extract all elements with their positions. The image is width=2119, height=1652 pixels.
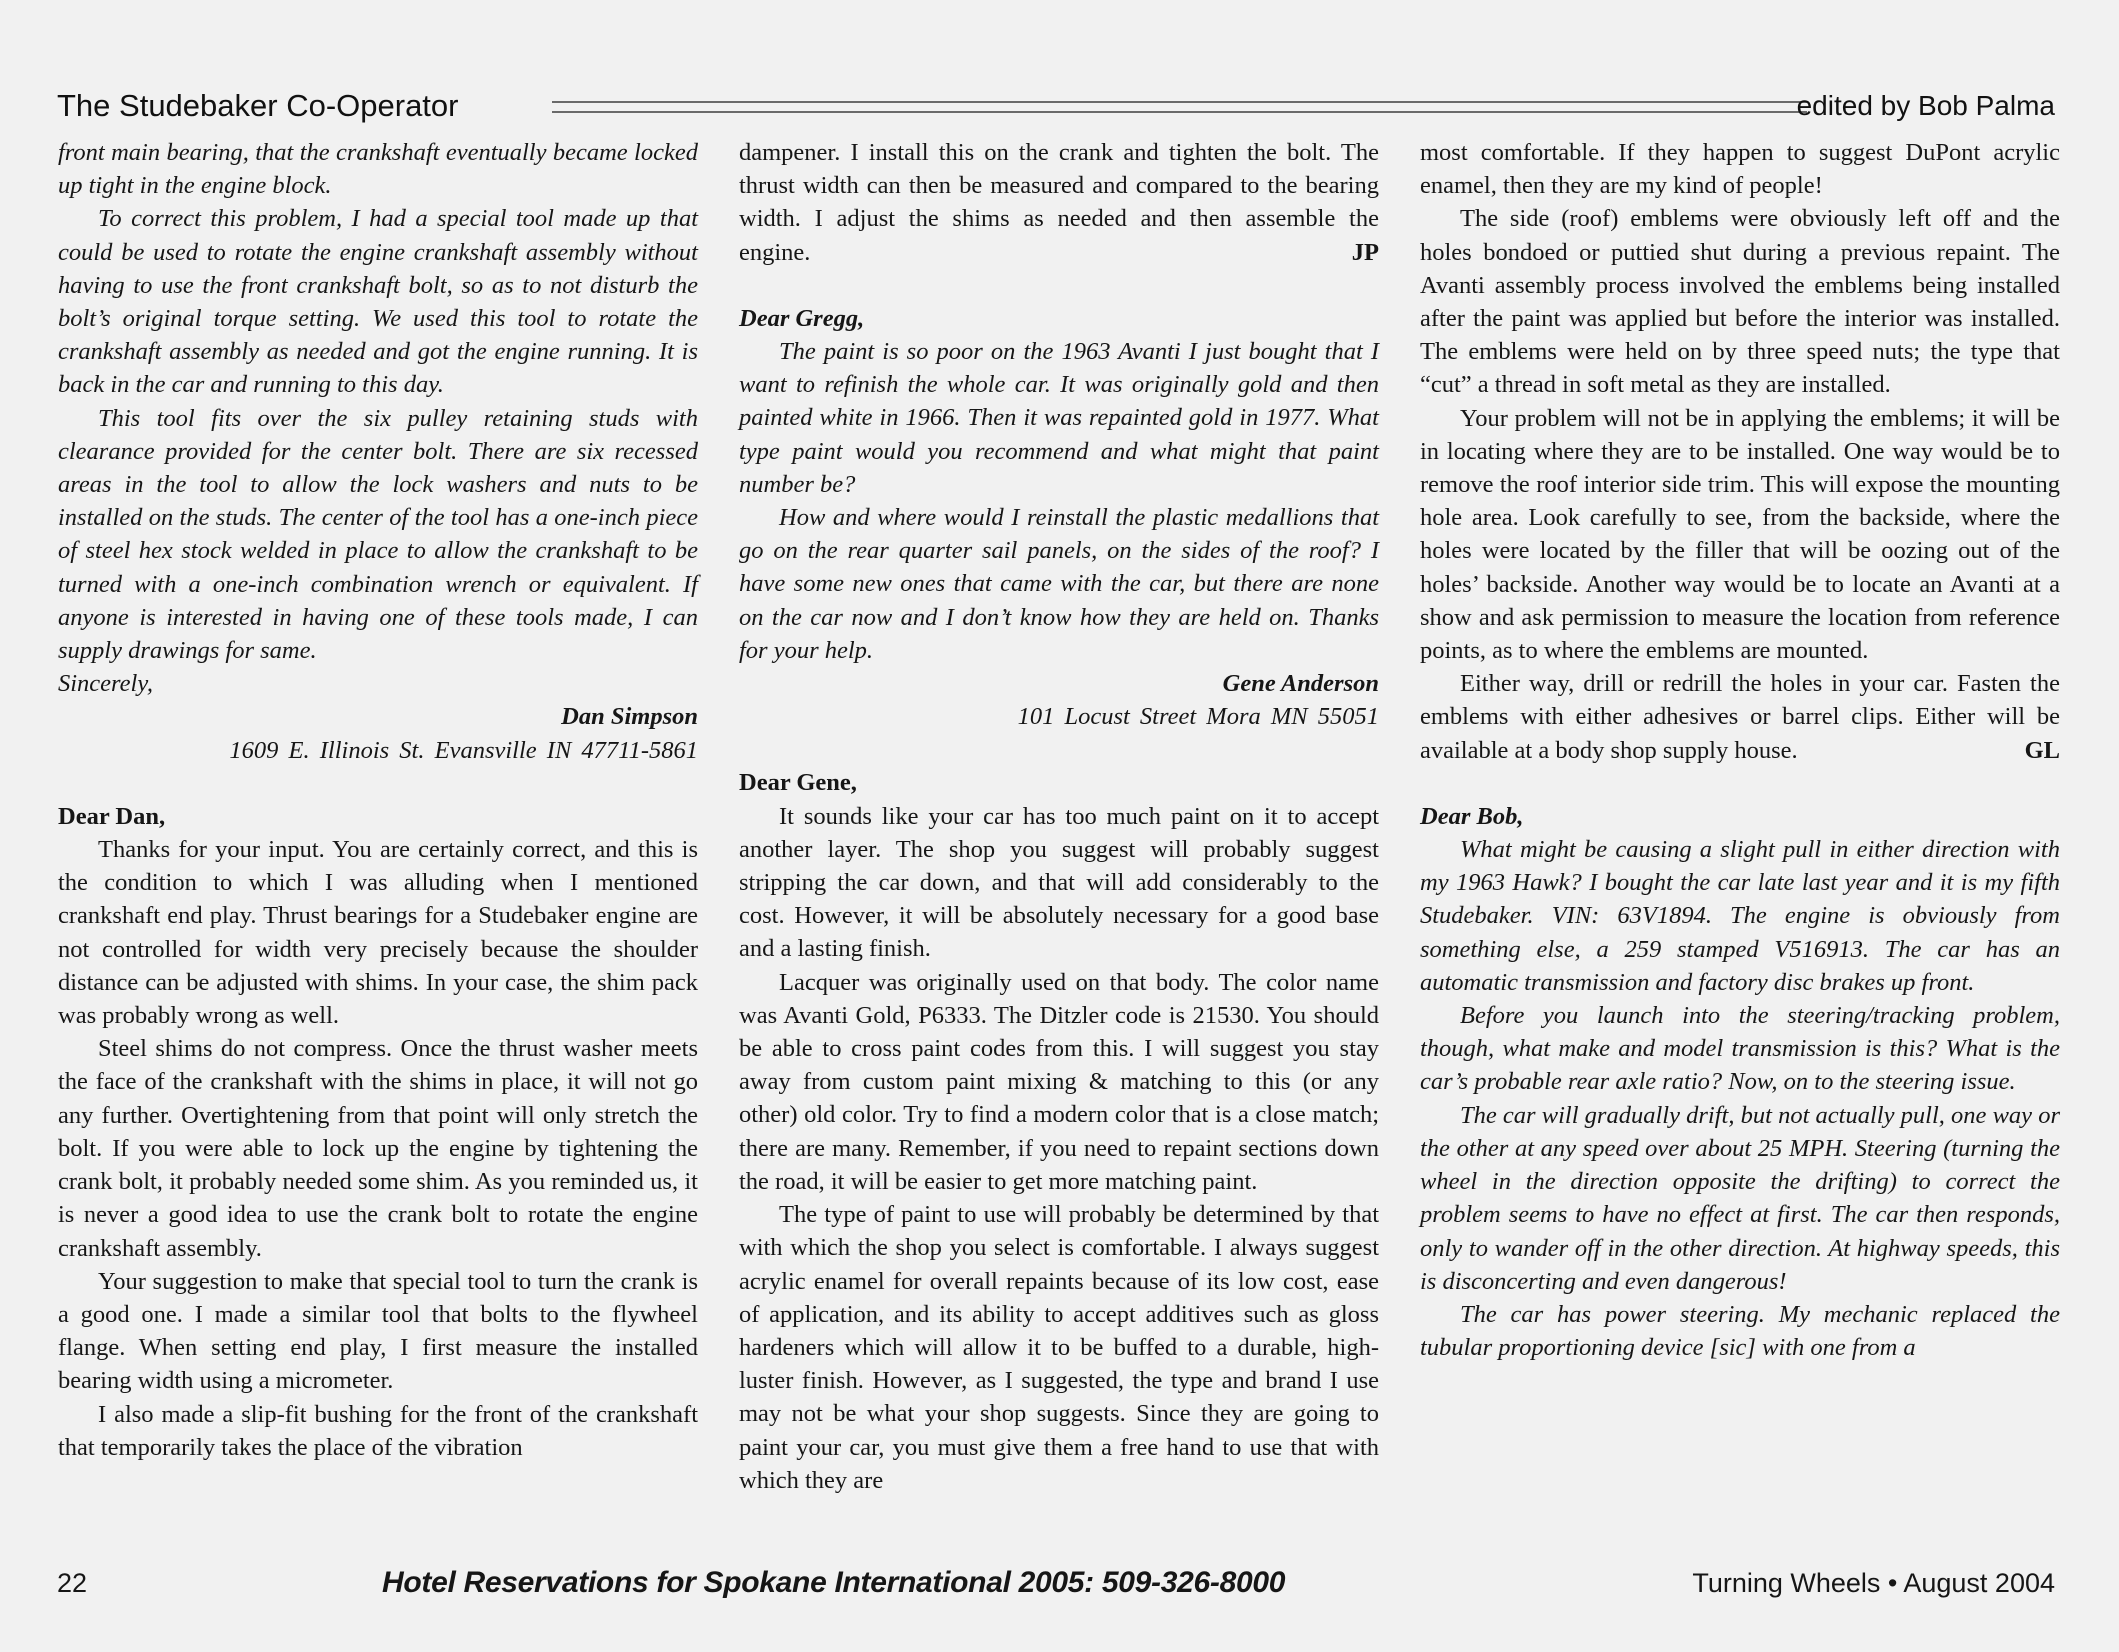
column-title: The Studebaker Co-Operator <box>57 84 459 128</box>
paragraph-text: The car will gradually drift, but not ac… <box>1420 1102 2060 1295</box>
column-2: dampener. I install this on the crank an… <box>739 136 1379 1536</box>
paragraph-text: It sounds like your car has too much pai… <box>739 803 1379 963</box>
paragraph: Before you launch into the steering/trac… <box>1420 999 2060 1099</box>
letter-salutation: Dear Gene, <box>739 766 1379 799</box>
paragraph: How and where would I reinstall the plas… <box>739 501 1379 667</box>
paragraph-text: This tool fits over the six pulley retai… <box>58 405 698 664</box>
paragraph: The car will gradually drift, but not ac… <box>1420 1099 2060 1298</box>
paragraph: most comfortable. If they happen to sugg… <box>1420 136 2060 202</box>
paragraph-text: What might be causing a slight pull in e… <box>1420 836 2060 996</box>
paragraph: Your problem will not be in applying the… <box>1420 402 2060 668</box>
signature-address: 101 Locust Street Mora MN 55051 <box>739 700 1379 733</box>
letter-salutation: Dear Bob, <box>1420 800 2060 833</box>
page-number: 22 <box>57 1563 87 1603</box>
paragraph: Lacquer was originally used on that body… <box>739 966 1379 1198</box>
section-gap <box>1420 767 2060 800</box>
issue-date: Turning Wheels • August 2004 <box>1692 1563 2055 1603</box>
paragraph-text: How and where would I reinstall the plas… <box>739 504 1379 664</box>
page-header: The Studebaker Co-Operator edited by Bob… <box>57 84 2055 128</box>
paragraph: Thanks for your input. You are certainly… <box>58 833 698 1032</box>
paragraph: To correct this problem, I had a special… <box>58 202 698 401</box>
paragraph-text: Steel shims do not compress. Once the th… <box>58 1035 698 1261</box>
paragraph-text: Lacquer was originally used on that body… <box>739 969 1379 1195</box>
paragraph: front main bearing, that the crankshaft … <box>58 136 698 202</box>
paragraph: I also made a slip-fit bushing for the f… <box>58 1398 698 1464</box>
signature-name: Dan Simpson <box>58 700 698 733</box>
signature-address: 1609 E. Illinois St. Evansville IN 47711… <box>58 734 698 767</box>
paragraph: Either way, drill or redrill the holes i… <box>1420 667 2060 767</box>
paragraph-text: dampener. I install this on the crank an… <box>739 139 1379 266</box>
section-gap <box>739 269 1379 302</box>
paragraph-text: most comfortable. If they happen to sugg… <box>1420 139 2060 199</box>
answer-initials: JP <box>1352 236 1379 269</box>
paragraph: What might be causing a slight pull in e… <box>1420 833 2060 999</box>
paragraph: The car has power steering. My mechanic … <box>1420 1298 2060 1364</box>
paragraph-text: Either way, drill or redrill the holes i… <box>1420 670 2060 763</box>
section-gap <box>58 767 698 800</box>
paragraph-text: Thanks for your input. You are certainly… <box>58 836 698 1029</box>
paragraph: dampener. I install this on the crank an… <box>739 136 1379 269</box>
paragraph: It sounds like your car has too much pai… <box>739 800 1379 966</box>
letter-salutation: Dear Dan, <box>58 800 698 833</box>
paragraph: The paint is so poor on the 1963 Avanti … <box>739 335 1379 501</box>
paragraph: Sincerely, <box>58 667 698 700</box>
column-1: front main bearing, that the crankshaft … <box>58 136 698 1536</box>
paragraph-text: Your suggestion to make that special too… <box>58 1268 698 1395</box>
paragraph-text: The paint is so poor on the 1963 Avanti … <box>739 338 1379 498</box>
double-rule-divider <box>552 101 1807 113</box>
paragraph: The side (roof) emblems were obviously l… <box>1420 202 2060 401</box>
paragraph-text: The side (roof) emblems were obviously l… <box>1420 205 2060 398</box>
hotel-promo: Hotel Reservations for Spokane Internati… <box>382 1563 1285 1603</box>
paragraph-text: Sincerely, <box>58 670 153 697</box>
paragraph: The type of paint to use will probably b… <box>739 1198 1379 1497</box>
signature-name: Gene Anderson <box>739 667 1379 700</box>
paragraph-text: front main bearing, that the crankshaft … <box>58 139 698 199</box>
paragraph-text: The car has power steering. My mechanic … <box>1420 1301 2060 1361</box>
letter-salutation: Dear Gregg, <box>739 302 1379 335</box>
paragraph-text: Before you launch into the steering/trac… <box>1420 1002 2060 1095</box>
paragraph-text: To correct this problem, I had a special… <box>58 205 698 398</box>
paragraph-text: Your problem will not be in applying the… <box>1420 405 2060 664</box>
column-3: most comfortable. If they happen to sugg… <box>1420 136 2060 1536</box>
paragraph-text: The type of paint to use will probably b… <box>739 1201 1379 1494</box>
paragraph: Steel shims do not compress. Once the th… <box>58 1032 698 1264</box>
answer-initials: GL <box>1985 734 2060 767</box>
paragraph: This tool fits over the six pulley retai… <box>58 402 698 668</box>
editor-credit: edited by Bob Palma <box>1797 84 2055 128</box>
section-gap <box>739 733 1379 766</box>
paragraph-text: I also made a slip-fit bushing for the f… <box>58 1401 698 1461</box>
paragraph: Your suggestion to make that special too… <box>58 1265 698 1398</box>
page-footer: 22 Hotel Reservations for Spokane Intern… <box>57 1563 2055 1603</box>
